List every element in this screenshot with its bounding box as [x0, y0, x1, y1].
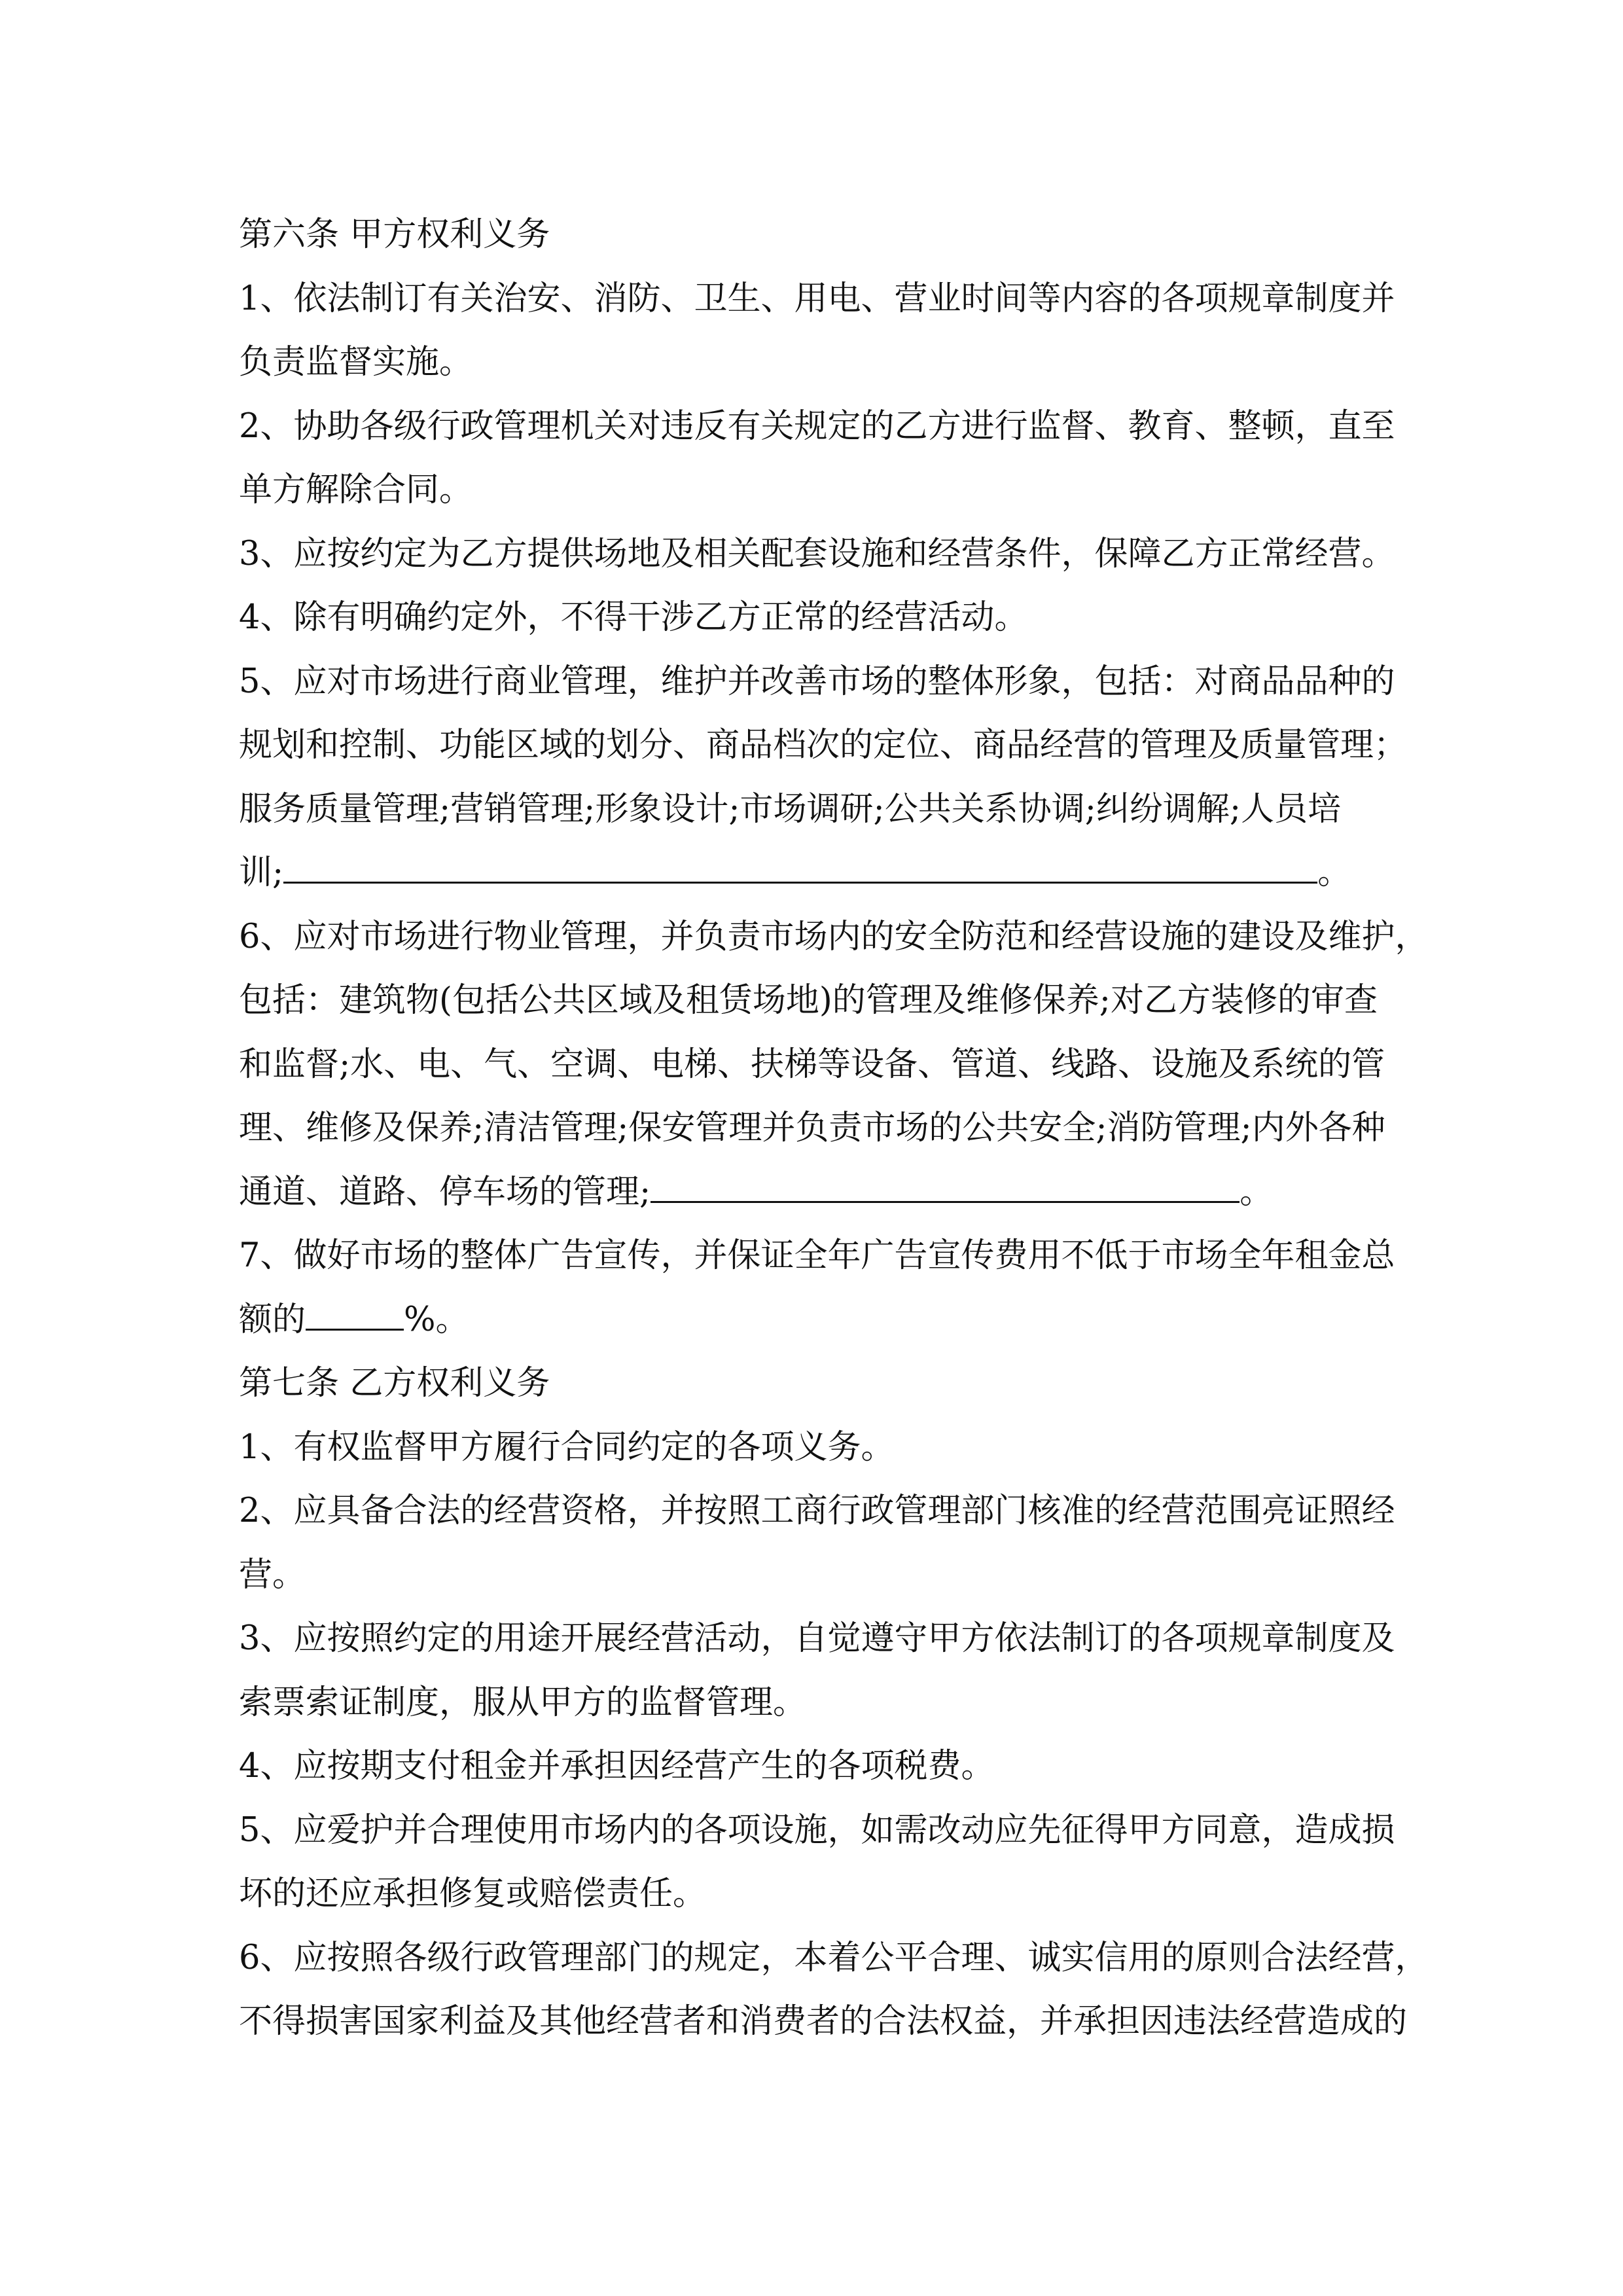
article6-item-6: 6、应对市场进行物业管理，并负责市场内的安全防范和经营设施的建设及维护， 包括：…	[239, 905, 1404, 1225]
article6-item-3: 3、应按约定为乙方提供场地及相关配套设施和经营条件，保障乙方正常经营。	[239, 522, 1404, 586]
article7-item-1: 1、有权监督甲方履行合同约定的各项义务。	[239, 1416, 1404, 1480]
article6-item-7: 7、做好市场的整体广告宣传，并保证全年广告宣传费用不低于市场全年租金总 额的%。	[239, 1224, 1404, 1352]
fill-in-blank[interactable]	[651, 1165, 1240, 1203]
fill-in-blank[interactable]	[283, 846, 1317, 884]
article6-item-5: 5、应对市场进行商业管理，维护并改善市场的整体形象，包括：对商品品种的 规划和控…	[239, 650, 1404, 905]
percentage-blank[interactable]	[306, 1293, 404, 1331]
document-page: 第六条 甲方权利义务 1、依法制订有关治安、消防、卫生、用电、营业时间等内容的各…	[239, 203, 1404, 2054]
article7-item-2: 2、应具备合法的经营资格，并按照工商行政管理部门核准的经营范围亮证照经 营。	[239, 1479, 1404, 1607]
article7-item-5: 5、应爱护并合理使用市场内的各项设施，如需改动应先征得甲方同意，造成损 坏的还应…	[239, 1799, 1404, 1926]
article6-item-2: 2、协助各级行政管理机关对违反有关规定的乙方进行监督、教育、整顿，直至 单方解除…	[239, 395, 1404, 522]
article7-item-3: 3、应按照约定的用途开展经营活动，自觉遵守甲方依法制订的各项规章制度及 索票索证…	[239, 1607, 1404, 1734]
article6-item-4: 4、除有明确约定外，不得干涉乙方正常的经营活动。	[239, 586, 1404, 650]
article7-item-6: 6、应按照各级行政管理部门的规定，本着公平合理、诚实信用的原则合法经营， 不得损…	[239, 1926, 1404, 2054]
article7-heading: 第七条 乙方权利义务	[239, 1352, 1404, 1416]
article6-item-1: 1、依法制订有关治安、消防、卫生、用电、营业时间等内容的各项规章制度并 负责监督…	[239, 267, 1404, 395]
article6-heading: 第六条 甲方权利义务	[239, 203, 1404, 267]
article7-item-4: 4、应按期支付租金并承担因经营产生的各项税费。	[239, 1734, 1404, 1799]
